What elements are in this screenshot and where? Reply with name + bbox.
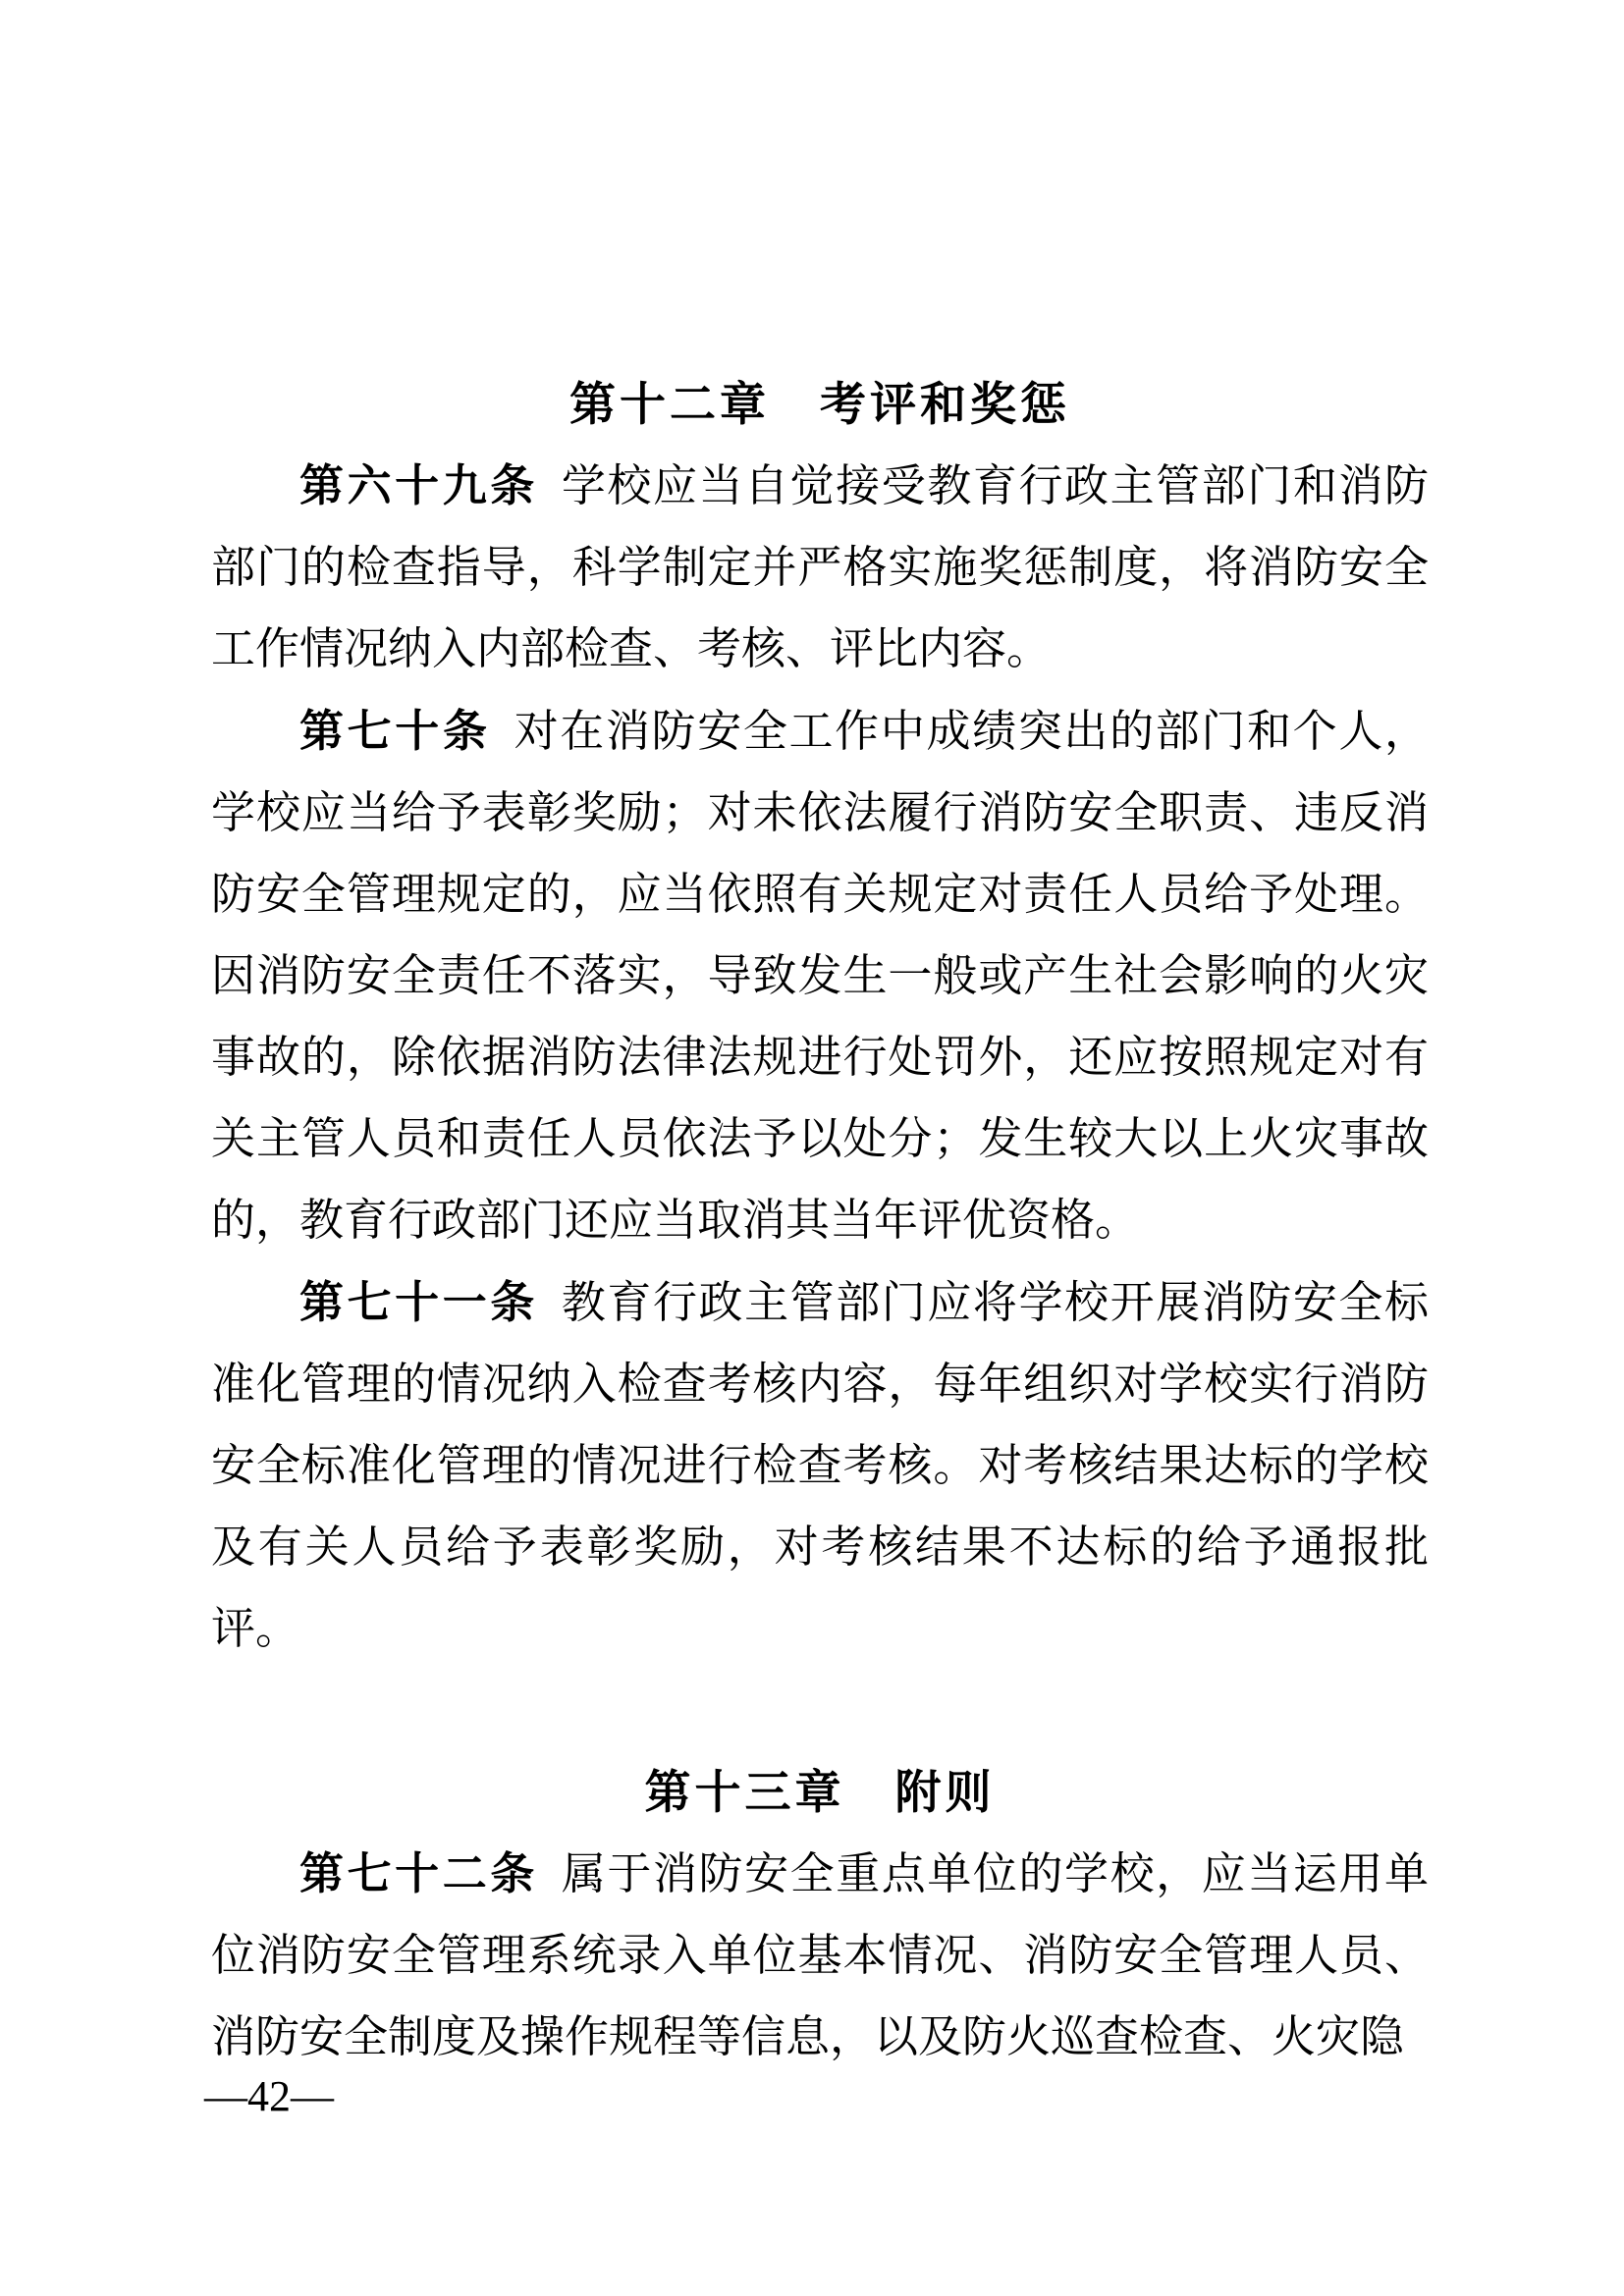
page-number: —42— <box>204 2067 334 2126</box>
article-71-label: 第七十一条 <box>299 1277 538 1327</box>
article-70-text: 对在消防安全工作中成绩突出的部门和个人，学校应当给予表彰奖励；对未依法履行消防安… <box>211 707 1429 1245</box>
article-71: 第七十一条教育行政主管部门应将学校开展消防安全标准化管理的情况纳入检查考核内容，… <box>211 1261 1429 1670</box>
article-72: 第七十二条属于消防安全重点单位的学校，应当运用单位消防安全管理系统录入单位基本情… <box>211 1833 1429 2078</box>
document-content: 第十二章 考评和奖惩 第六十九条学校应当自觉接受教育行政主管部门和消防部门的检查… <box>211 363 1429 2078</box>
article-69-label: 第六十九条 <box>299 460 538 510</box>
chapter-12-heading: 第十二章 考评和奖惩 <box>211 363 1429 445</box>
article-72-label: 第七十二条 <box>299 1848 538 1898</box>
article-69: 第六十九条学校应当自觉接受教育行政主管部门和消防部门的检查指导，科学制定并严格实… <box>211 445 1429 690</box>
chapter-13-heading: 第十三章 附则 <box>211 1751 1429 1833</box>
article-70-label: 第七十条 <box>299 706 491 756</box>
article-71-text: 教育行政主管部门应将学校开展消防安全标准化管理的情况纳入检查考核内容，每年组织对… <box>211 1278 1429 1653</box>
article-70: 第七十条对在消防安全工作中成绩突出的部门和个人，学校应当给予表彰奖励；对未依法履… <box>211 690 1429 1261</box>
document-page: 第十二章 考评和奖惩 第六十九条学校应当自觉接受教育行政主管部门和消防部门的检查… <box>0 0 1624 2296</box>
